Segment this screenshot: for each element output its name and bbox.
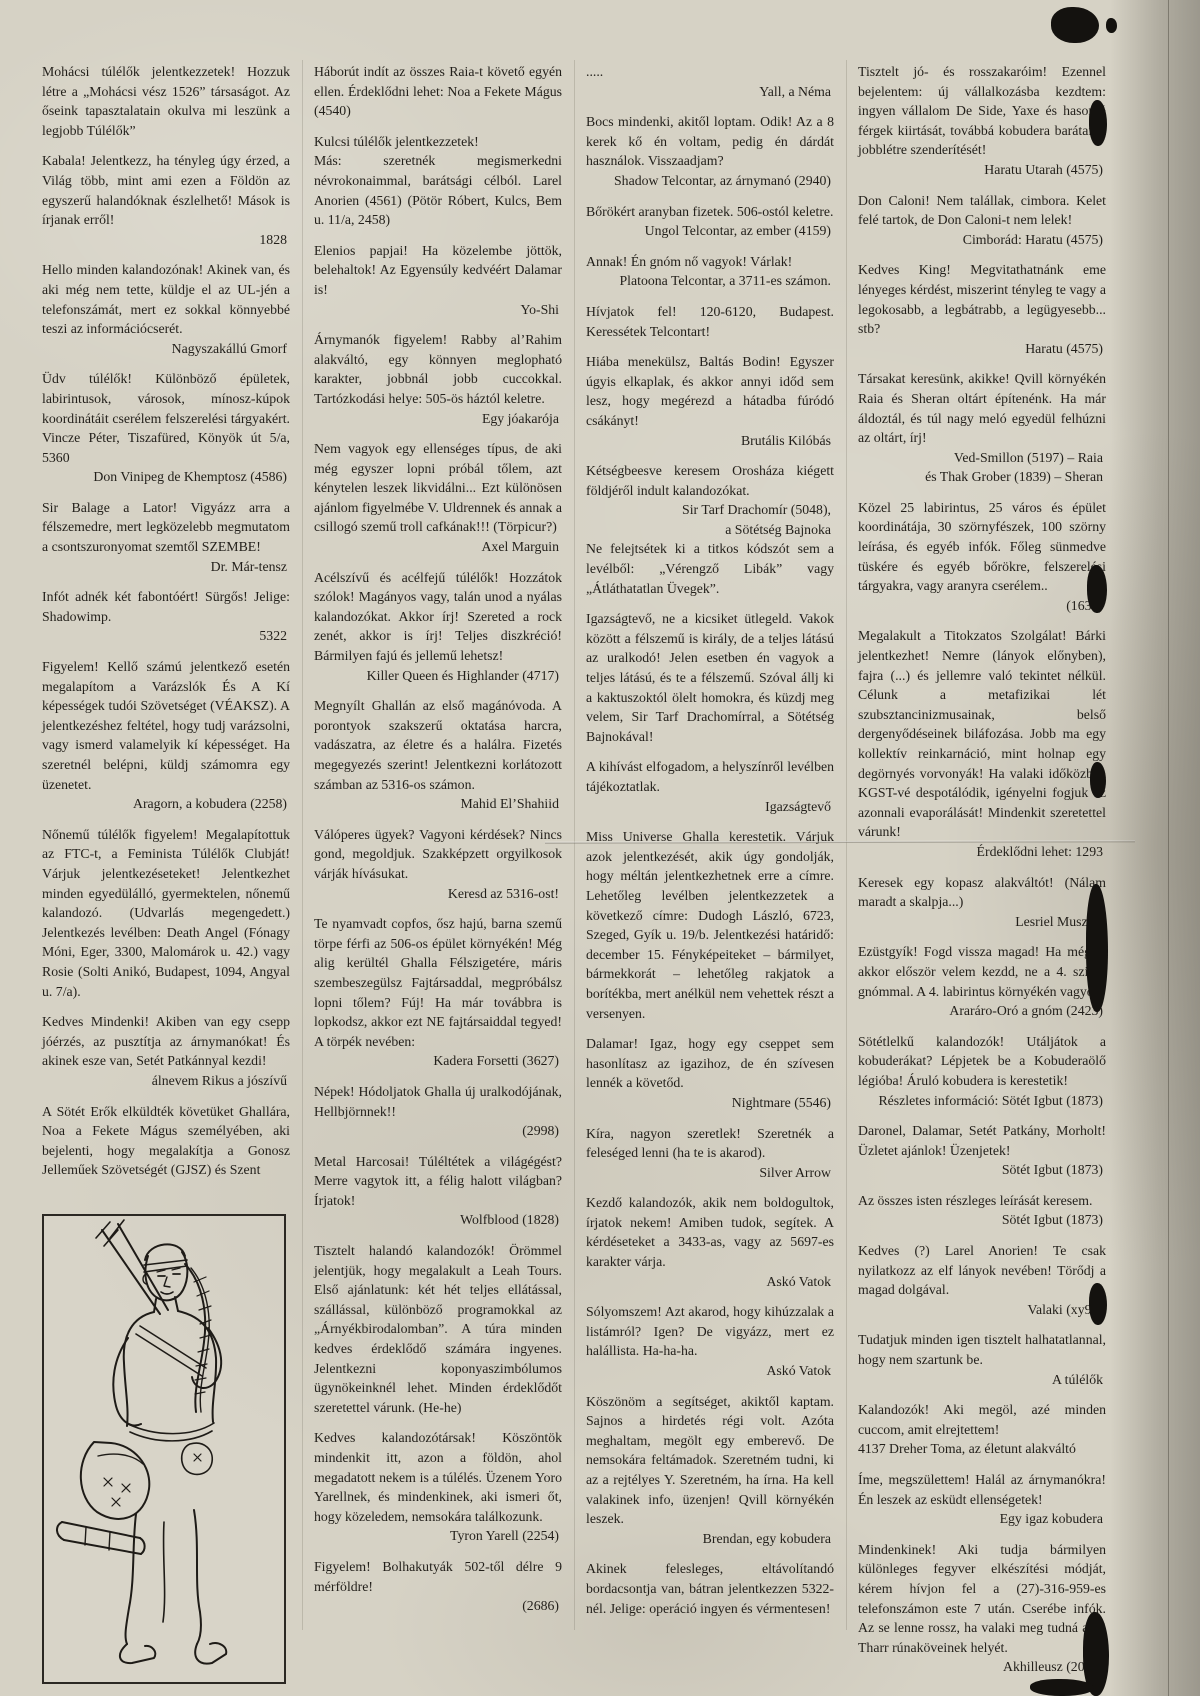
ad-text: Annak! Én gnóm nő vagyok! Várlak! (586, 252, 834, 272)
ad-signature: Tyron Yarell (2254) (314, 1526, 562, 1546)
adventurer-line-drawing (44, 1216, 284, 1682)
classified-ad: Megalakult a Titokzatos Szolgálat! Bárki… (858, 626, 1106, 861)
ad-signature: (1632) (858, 596, 1106, 616)
classified-ad: Megnyílt Ghallán az első magánóvoda. A p… (314, 696, 562, 814)
ad-text: Nőnemű túlélők figyelem! Megalapítottuk … (42, 825, 290, 1001)
classified-ad: Kedves kalandozótársak! Köszöntök minden… (314, 1428, 562, 1546)
ad-text: Megalakult a Titokzatos Szolgálat! Bárki… (858, 626, 1106, 842)
ad-text: ..... (586, 62, 834, 82)
classified-ad: Kezdő kalandozók, akik nem boldogultok, … (586, 1193, 834, 1291)
ad-signature: Cimborád: Haratu (4575) (858, 230, 1106, 250)
classified-ad: Kulcsi túlélők jelentkezzetek!Más: szere… (314, 132, 562, 230)
classified-ad: Az összes isten részleges leírását keres… (858, 1191, 1106, 1230)
ad-text: Elenios papjai! Ha közelembe jöttök, bel… (314, 241, 562, 300)
classified-ad: Annak! Én gnóm nő vagyok! Várlak!Platoon… (586, 252, 834, 291)
ad-text: Akinek felesleges, eltávolítandó bordacs… (586, 1559, 834, 1618)
classified-ad: Nőnemű túlélők figyelem! Megalapítottuk … (42, 825, 290, 1001)
ad-signature: Nagyszakállú Gmorf (42, 339, 290, 359)
column-2: Háborút indít az összes Raia-t követő eg… (314, 62, 562, 1688)
ad-signature: Araráro-Oró a gnóm (2423) (858, 1001, 1106, 1021)
ad-text: Sólyomszem! Azt akarod, hogy kihúzzalak … (586, 1302, 834, 1361)
ad-signature: Valaki (xy99) (858, 1300, 1106, 1320)
ad-text: Nem vagyok egy ellenséges típus, de aki … (314, 439, 562, 537)
classified-ad: Ezüstgyík! Fogd vissza magad! Ha mégse, … (858, 942, 1106, 1020)
ad-text: Miss Universe Ghalla kerestetik. Várjuk … (586, 827, 834, 1023)
ad-signature: Yo-Shi (314, 300, 562, 320)
scanned-classifieds-page: Mohácsi túlélők jelentkezzetek! Hozzuk l… (0, 0, 1200, 1696)
ad-text: Keresek egy kopasz alakváltót! (Nálam ma… (858, 873, 1106, 912)
ad-text: Kalandozók! Aki megöl, azé minden cuccom… (858, 1400, 1106, 1439)
ad-text: Igazságtevő, ne a kicsiket ütlegeld. Vak… (586, 609, 834, 746)
ad-signature: Shadow Telcontar, az árnymanó (2940) (586, 171, 834, 191)
column-1: Mohácsi túlélők jelentkezzetek! Hozzuk l… (42, 62, 290, 1688)
classified-ad: Társakat keresünk, akikke! Qvill környék… (858, 369, 1106, 487)
classified-ad: Te nyamvadt copfos, ősz hajú, barna szem… (314, 914, 562, 1071)
ad-signature: Don Vinipeg de Khemptosz (4586) (42, 467, 290, 487)
ad-text: Kedves (?) Larel Anorien! Te csak nyilat… (858, 1241, 1106, 1300)
ad-text: Hívjatok fel! 120-6120, Budapest. Keress… (586, 302, 834, 341)
ad-text: Bőrökért aranyban fizetek. 506-ostól kel… (586, 202, 834, 222)
classified-ad: Figyelem! Bolhakutyák 502-től délre 9 mé… (314, 1557, 562, 1616)
classified-ad: A kihívást elfogadom, a helyszínről levé… (586, 757, 834, 816)
ad-signature: Aragorn, a kobudera (2258) (42, 794, 290, 814)
classified-ad: Don Caloni! Nem talállak, cimbora. Kelet… (858, 191, 1106, 250)
ad-text: Figyelem! Kellő számú jelentkező esetén … (42, 657, 290, 794)
ad-signature: Akhilleusz (2035) (858, 1657, 1106, 1677)
ad-text: Infót adnék két fabontóért! Sürgős! Jeli… (42, 587, 290, 626)
ad-text: Kedves Mindenki! Akiben van egy csepp jó… (42, 1012, 290, 1071)
ad-text: Tudatjuk minden igen tisztelt halhatatla… (858, 1330, 1106, 1369)
ad-text: A kihívást elfogadom, a helyszínről levé… (586, 757, 834, 796)
ad-signature: Ungol Telcontar, az ember (4159) (586, 221, 834, 241)
classified-ad: Kalandozók! Aki megöl, azé minden cuccom… (858, 1400, 1106, 1459)
classified-ad: A Sötét Erők elküldték követüket Ghallár… (42, 1102, 290, 1180)
scan-artifact (1106, 18, 1117, 33)
classified-ad: Kedves Mindenki! Akiben van egy csepp jó… (42, 1012, 290, 1090)
column-rule (302, 60, 303, 1630)
column-3: .....Yall, a NémaBocs mindenki, akitől l… (586, 62, 834, 1688)
ad-signature: 1828 (42, 230, 290, 250)
classified-ad: Dalamar! Igaz, hogy egy cseppet sem haso… (586, 1034, 834, 1112)
ad-text: Az összes isten részleges leírását keres… (858, 1191, 1106, 1211)
ad-signature: Askó Vatok (586, 1272, 834, 1292)
ad-signature: Lesriel Muszasi (858, 912, 1106, 932)
ad-text: Kabala! Jelentkezz, ha tényleg úgy érzed… (42, 151, 290, 229)
page-edge-shadow (1110, 0, 1200, 1696)
classified-ad: Elenios papjai! Ha közelembe jöttök, bel… (314, 241, 562, 319)
ad-signature: Platoona Telcontar, a 3711-es számon. (586, 271, 834, 291)
ad-signature: Részletes információ: Sötét Igbut (1873) (858, 1091, 1106, 1111)
ad-signature: a Sötétség Bajnoka (586, 520, 834, 540)
ad-signature: 5322 (42, 626, 290, 646)
classified-ad: Figyelem! Kellő számú jelentkező esetén … (42, 657, 290, 814)
column-rule (574, 60, 575, 1630)
classified-ad: Köszönöm a segítséget, akiktől kaptam. S… (586, 1392, 834, 1549)
classified-ad: Metal Harcosai! Túléltétek a világégést?… (314, 1152, 562, 1230)
ad-signature: és Thak Grober (1839) – Sheran (858, 467, 1106, 487)
scan-artifact (1051, 7, 1099, 43)
ad-text: A Sötét Erők elküldték követüket Ghallár… (42, 1102, 290, 1180)
ad-text: Társakat keresünk, akikke! Qvill környék… (858, 369, 1106, 447)
classified-ad: Mohácsi túlélők jelentkezzetek! Hozzuk l… (42, 62, 290, 140)
ad-text: Figyelem! Bolhakutyák 502-től délre 9 mé… (314, 1557, 562, 1596)
ad-text: Don Caloni! Nem talállak, cimbora. Kelet… (858, 191, 1106, 230)
classified-ad: Bocs mindenki, akitől loptam. Odik! Az a… (586, 112, 834, 190)
ad-signature: Brutális Kilóbás (586, 431, 834, 451)
ad-text: Népek! Hódoljatok Ghalla új uralkodójána… (314, 1082, 562, 1121)
ad-signature: Igazságtevő (586, 797, 834, 817)
classified-ad: Infót adnék két fabontóért! Sürgős! Jeli… (42, 587, 290, 646)
ad-signature: Sötét Igbut (1873) (858, 1160, 1106, 1180)
ad-text: Sötétlelkű kalandozók! Utáljátok a kobud… (858, 1032, 1106, 1091)
page-edge-line (1168, 0, 1169, 1696)
classified-ad: .....Yall, a Néma (586, 62, 834, 101)
classified-ad: Kedves (?) Larel Anorien! Te csak nyilat… (858, 1241, 1106, 1319)
scan-artifact (1090, 762, 1106, 798)
classified-ad: Kíra, nagyon szeretlek! Szeretnék a fele… (586, 1124, 834, 1183)
ad-signature: Keresd az 5316-ost! (314, 884, 562, 904)
ad-signature: Yall, a Néma (586, 82, 834, 102)
ad-text: Ezüstgyík! Fogd vissza magad! Ha mégse, … (858, 942, 1106, 1001)
scan-artifact (1089, 1283, 1107, 1325)
ad-text: Daronel, Dalamar, Setét Patkány, Morholt… (858, 1121, 1106, 1160)
ad-text: Hello minden kalandozónak! Akinek van, é… (42, 260, 290, 338)
ad-signature: Wolfblood (1828) (314, 1210, 562, 1230)
ad-text: Mindenkinek! Aki tudja bármilyen különle… (858, 1540, 1106, 1658)
column-rule (846, 60, 847, 1630)
classified-ad: Üdv túlélők! Különböző épületek, labirin… (42, 369, 290, 487)
classified-ad: Hello minden kalandozónak! Akinek van, é… (42, 260, 290, 358)
classified-ad: Tudatjuk minden igen tisztelt halhatatla… (858, 1330, 1106, 1389)
ad-signature: Haratu (4575) (858, 339, 1106, 359)
ad-signature: Sir Tarf Drachomír (5048), (586, 500, 834, 520)
classified-ad: Tisztelt jó- és rosszakaróim! Ezennel be… (858, 62, 1106, 180)
ad-text: Kedves King! Megvitathatnánk eme lényege… (858, 260, 1106, 338)
ad-text: Kulcsi túlélők jelentkezzetek! (314, 132, 562, 152)
scan-artifact (1086, 884, 1108, 1012)
classified-ad: Hívjatok fel! 120-6120, Budapest. Keress… (586, 302, 834, 341)
ad-text: Kíra, nagyon szeretlek! Szeretnék a fele… (586, 1124, 834, 1163)
ad-signature: Silver Arrow (586, 1163, 834, 1183)
ad-signature: Egy igaz kobudera (858, 1509, 1106, 1529)
ad-text: Hiába menekülsz, Baltás Bodin! Egyszer ú… (586, 352, 834, 430)
classified-ad: Hiába menekülsz, Baltás Bodin! Egyszer ú… (586, 352, 834, 450)
classified-ad: Sötétlelkű kalandozók! Utáljátok a kobud… (858, 1032, 1106, 1110)
classified-ad: Kétségbeesve keresem Orosháza kiégett fö… (586, 461, 834, 598)
ad-signature: Axel Marguin (314, 537, 562, 557)
classified-ad: Kabala! Jelentkezz, ha tényleg úgy érzed… (42, 151, 290, 249)
classified-ad: Igazságtevő, ne a kicsiket ütlegeld. Vak… (586, 609, 834, 746)
classified-ad: Nem vagyok egy ellenséges típus, de aki … (314, 439, 562, 557)
ad-text: Tisztelt halandó kalandozók! Örömmel jel… (314, 1241, 562, 1417)
ad-text: Kétségbeesve keresem Orosháza kiégett fö… (586, 461, 834, 500)
ad-text: Te nyamvadt copfos, ősz hajú, barna szem… (314, 914, 562, 1051)
scan-artifact (1089, 100, 1107, 146)
classified-ad: Kedves King! Megvitathatnánk eme lényege… (858, 260, 1106, 358)
ad-signature: Killer Queen és Highlander (4717) (314, 666, 562, 686)
ad-text: Kedves kalandozótársak! Köszöntök minden… (314, 1428, 562, 1526)
ad-text: Dalamar! Igaz, hogy egy cseppet sem haso… (586, 1034, 834, 1093)
ad-text: Tisztelt jó- és rosszakaróim! Ezennel be… (858, 62, 1106, 160)
ad-signature: Dr. Már-tensz (42, 557, 290, 577)
ad-text: Köszönöm a segítséget, akiktől kaptam. S… (586, 1392, 834, 1529)
classified-ad: Acélszívű és acélfejű túlélők! Hozzátok … (314, 568, 562, 686)
ad-signature: Mahid El’Shahiid (314, 794, 562, 814)
ad-text: 4137 Dreher Toma, az életunt alakváltó (858, 1439, 1106, 1459)
ad-signature: Érdeklődni lehet: 1293 (858, 842, 1106, 862)
ad-signature: Brendan, egy kobudera (586, 1529, 834, 1549)
ad-signature: (2998) (314, 1121, 562, 1141)
classified-ad: Közel 25 labirintus, 25 város és épület … (858, 498, 1106, 616)
ad-text: Megnyílt Ghallán az első magánóvoda. A p… (314, 696, 562, 794)
ad-signature: A túlélők (858, 1370, 1106, 1390)
classified-ad: Sir Balage a Lator! Vigyázz arra a félsz… (42, 498, 290, 576)
classified-ad: Miss Universe Ghalla kerestetik. Várjuk … (586, 827, 834, 1023)
ad-text: Árnymanók figyelem! Rabby al’Rahim alakv… (314, 330, 562, 408)
ad-signature: álnevem Rikus a jószívű (42, 1071, 290, 1091)
ad-signature: (2686) (314, 1596, 562, 1616)
classified-ad: Mindenkinek! Aki tudja bármilyen különle… (858, 1540, 1106, 1677)
ad-signature: Kadera Forsetti (3627) (314, 1051, 562, 1071)
classified-ad: Keresek egy kopasz alakváltót! (Nálam ma… (858, 873, 1106, 932)
classified-ad: Háborút indít az összes Raia-t követő eg… (314, 62, 562, 121)
ad-text: Metal Harcosai! Túléltétek a világégést?… (314, 1152, 562, 1211)
ad-text: Háborút indít az összes Raia-t követő eg… (314, 62, 562, 121)
ad-text: Válóperes ügyek? Vagyoni kérdések? Nincs… (314, 825, 562, 884)
classified-ad: Daronel, Dalamar, Setét Patkány, Morholt… (858, 1121, 1106, 1180)
ad-text: Bocs mindenki, akitől loptam. Odik! Az a… (586, 112, 834, 171)
scan-artifact (1087, 565, 1107, 613)
ad-text: Kezdő kalandozók, akik nem boldogultok, … (586, 1193, 834, 1271)
ad-text: Íme, megszülettem! Halál az árnymanókra!… (858, 1470, 1106, 1509)
classified-ad: Sólyomszem! Azt akarod, hogy kihúzzalak … (586, 1302, 834, 1380)
classified-ad: Tisztelt halandó kalandozók! Örömmel jel… (314, 1241, 562, 1417)
ad-text: Mohácsi túlélők jelentkezzetek! Hozzuk l… (42, 62, 290, 140)
classified-ad: Népek! Hódoljatok Ghalla új uralkodójána… (314, 1082, 562, 1141)
classified-ad: Íme, megszülettem! Halál az árnymanókra!… (858, 1470, 1106, 1529)
illustration-frame (42, 1214, 286, 1684)
ad-signature: Haratu Utarah (4575) (858, 160, 1106, 180)
classified-ad: Árnymanók figyelem! Rabby al’Rahim alakv… (314, 330, 562, 428)
classified-ad: Bőrökért aranyban fizetek. 506-ostól kel… (586, 202, 834, 241)
ad-text: Ne felejtsétek ki a titkos kódszót sem a… (586, 539, 834, 598)
ad-signature: Egy jóakarója (314, 409, 562, 429)
ad-text: Acélszívű és acélfejű túlélők! Hozzátok … (314, 568, 562, 666)
ad-text: Sir Balage a Lator! Vigyázz arra a félsz… (42, 498, 290, 557)
ad-text: Üdv túlélők! Különböző épületek, labirin… (42, 369, 290, 467)
classified-ad: Akinek felesleges, eltávolítandó bordacs… (586, 1559, 834, 1618)
classified-ad: Válóperes ügyek? Vagyoni kérdések? Nincs… (314, 825, 562, 903)
column-4: Tisztelt jó- és rosszakaróim! Ezennel be… (858, 62, 1106, 1688)
scan-artifact (1030, 1679, 1094, 1696)
ad-signature: Nightmare (5546) (586, 1093, 834, 1113)
ad-signature: Sötét Igbut (1873) (858, 1210, 1106, 1230)
ad-signature: Askó Vatok (586, 1361, 834, 1381)
ad-text: Közel 25 labirintus, 25 város és épület … (858, 498, 1106, 596)
ad-text: Más: szeretnék megismerkedni névrokonaim… (314, 151, 562, 229)
ad-signature: Ved-Smillon (5197) – Raia (858, 448, 1106, 468)
